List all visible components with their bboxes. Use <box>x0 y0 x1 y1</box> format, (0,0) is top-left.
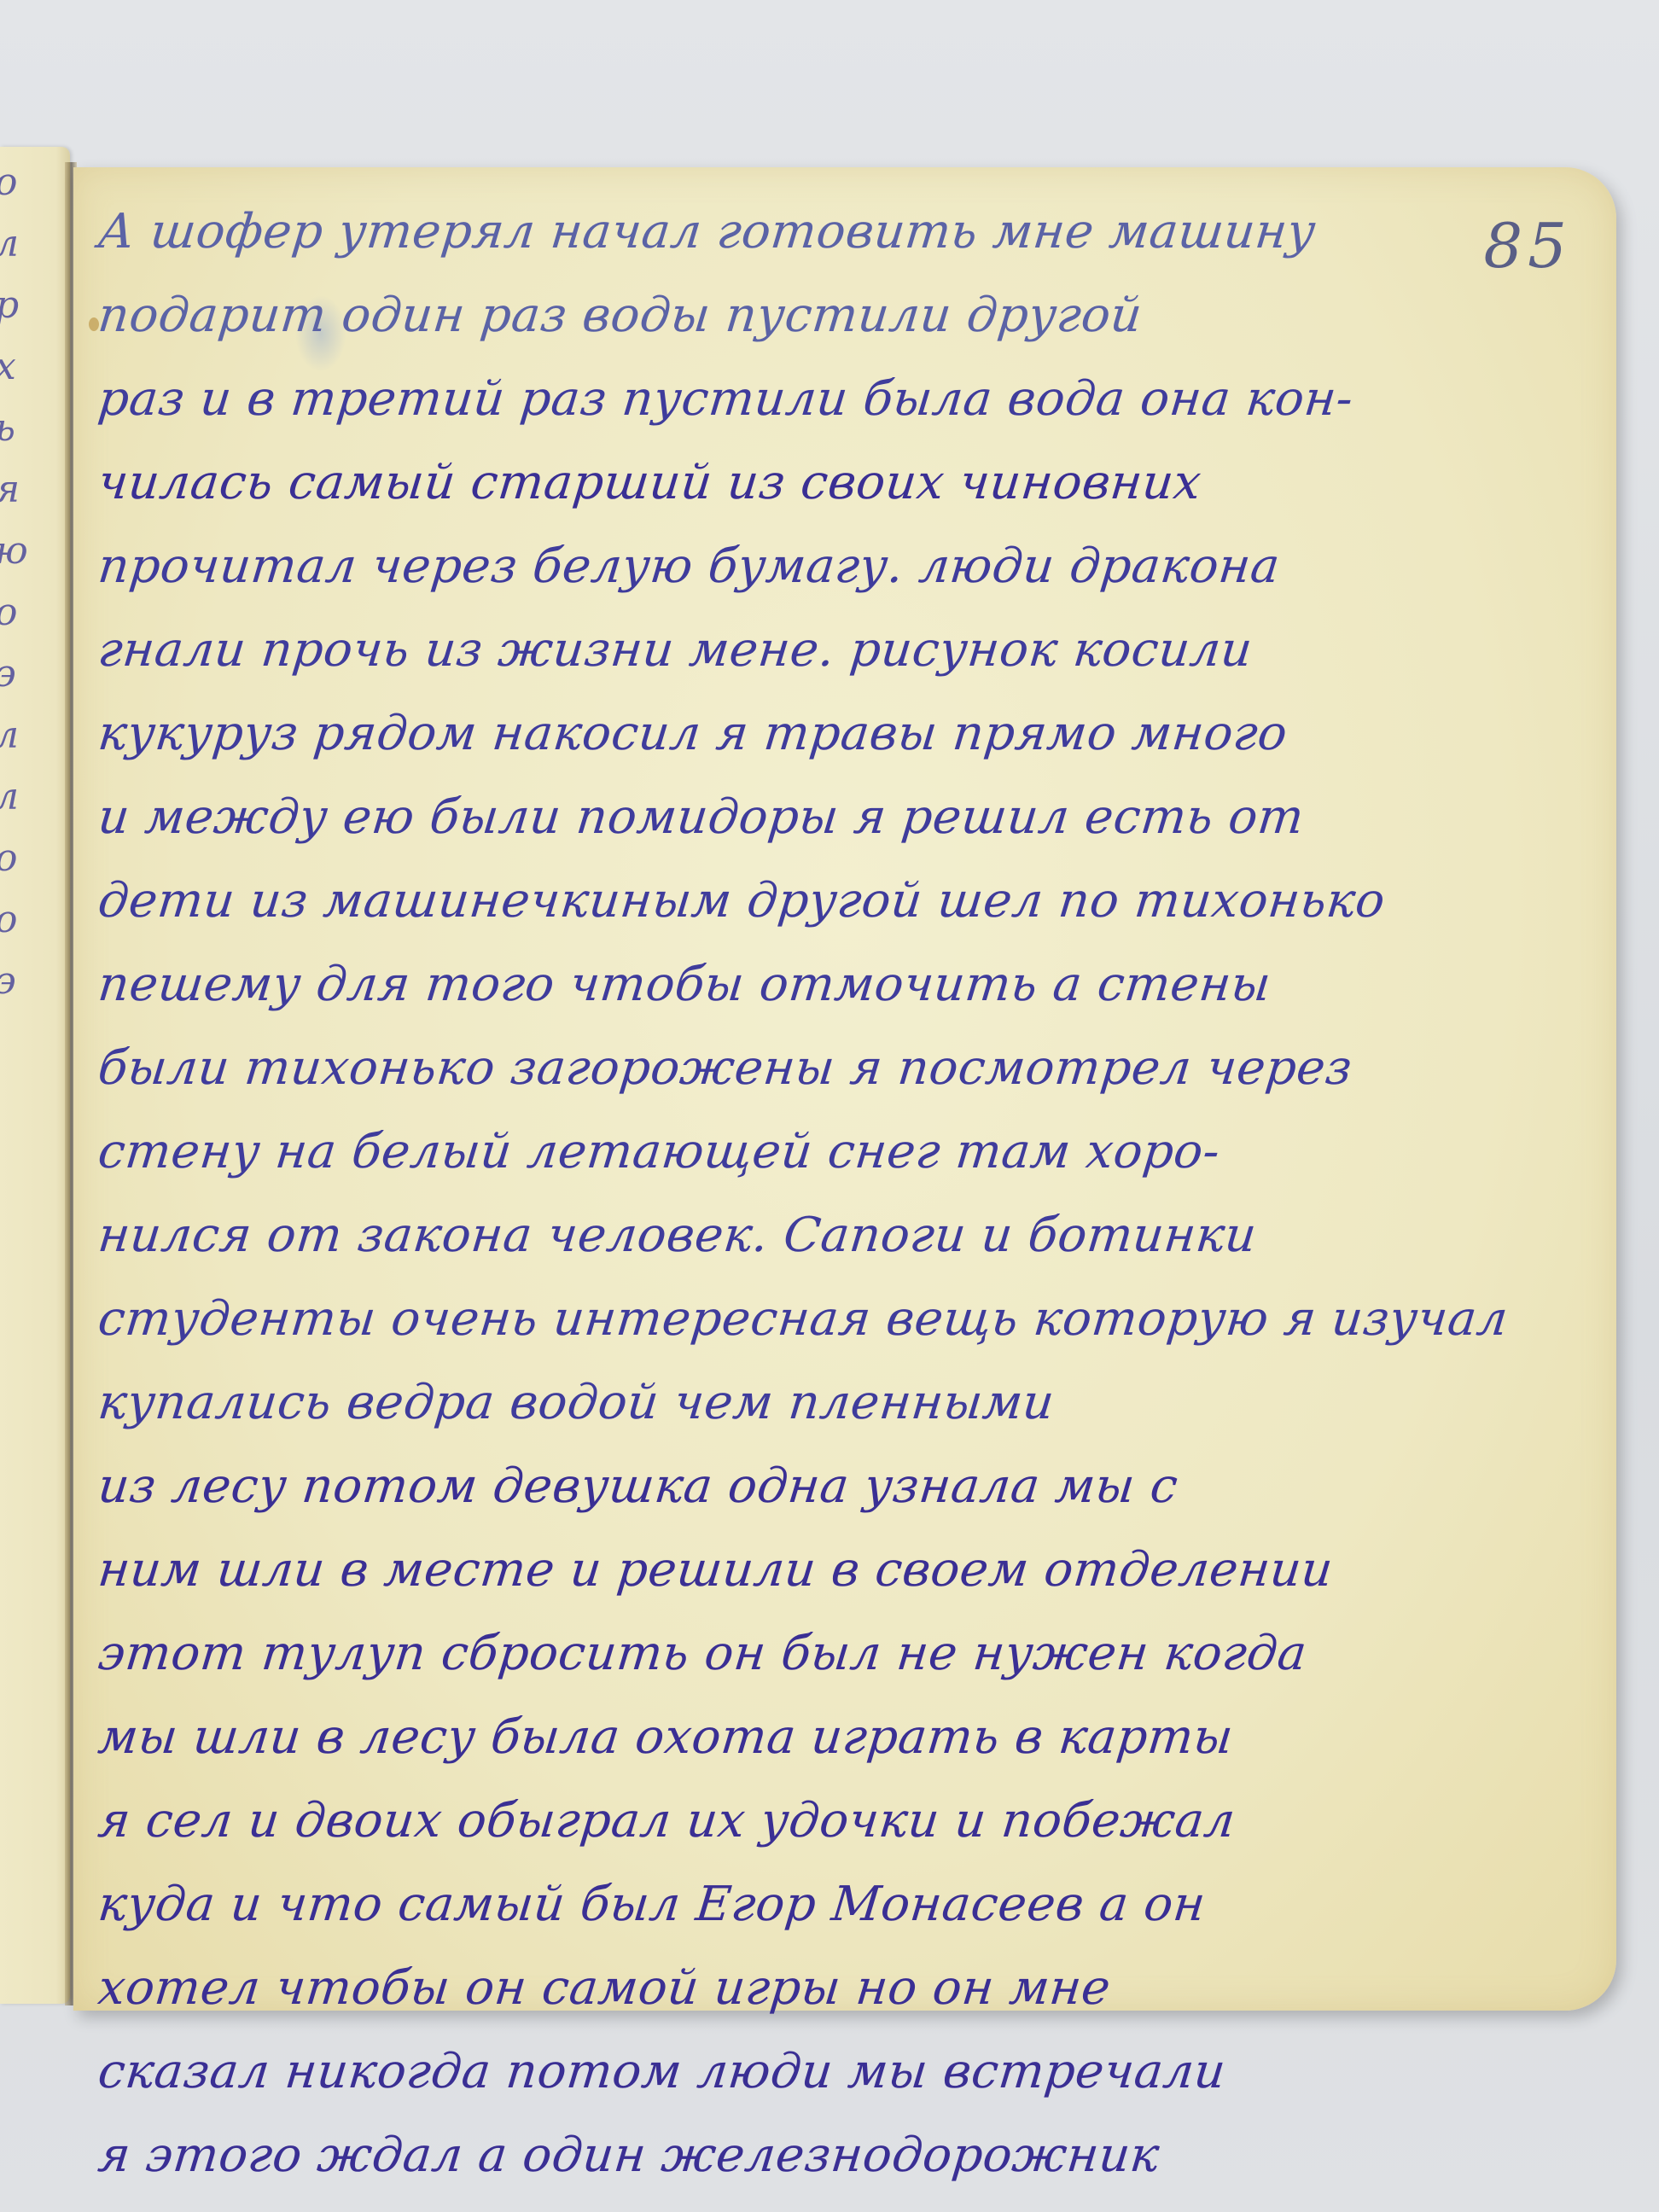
previous-page-glyph: э <box>0 655 60 693</box>
text-line: куда и что самый был Егор Монасеев а он <box>95 1857 1527 1941</box>
previous-page-glyph: х <box>0 348 60 386</box>
text-line: подарит один раз воды пустили другой <box>95 268 1527 352</box>
text-line: из лесу потом девушка одна узнала мы с <box>95 1439 1527 1522</box>
text-line: сказал никогда потом люди мы встречали <box>95 2024 1527 2108</box>
text-line: кукуруз рядом накосил я травы прямо мног… <box>95 686 1527 770</box>
previous-page-glyph: ю <box>0 533 60 570</box>
text-line: купались ведра водой чем пленными <box>95 1355 1527 1439</box>
text-line: чилась самый старший из своих чиновних <box>95 435 1527 519</box>
previous-page-glyph: ь <box>0 410 60 447</box>
text-line: ним шли в месте и решили в своем отделен… <box>95 1522 1527 1606</box>
handwritten-text-block: А шофер утерял начал готовить мне машину… <box>99 184 1522 2192</box>
text-line: прочитал через белую бумагу. люди дракон… <box>95 519 1527 602</box>
text-line: я сел и двоих обыграл их удочки и побежа… <box>95 1773 1527 1857</box>
text-line: студенты очень интересная вещь которую я… <box>95 1272 1527 1355</box>
text-line: раз и в третий раз пустили была вода она… <box>95 352 1527 435</box>
previous-page-glyph: о <box>0 164 60 201</box>
text-line: этот тулуп сбросить он был не нужен когд… <box>95 1606 1527 1690</box>
text-line: стену на белый летающей снег там хоро- <box>95 1104 1527 1188</box>
previous-page-glyph: л <box>0 717 60 754</box>
previous-page-text: о л р х ь я ю о э л л о о э <box>0 164 60 1000</box>
previous-page-edge: о л р х ь я ю о э л л о о э <box>0 147 70 2004</box>
text-line: были тихонько загорожены я посмотрел чер… <box>95 1021 1527 1104</box>
text-line: нился от закона человек. Сапоги и ботинк… <box>95 1188 1527 1272</box>
text-line: пешему для того чтобы отмочить а стены <box>95 937 1527 1021</box>
text-line: и между ею были помидоры я решил есть от <box>95 770 1527 853</box>
previous-page-glyph: о <box>0 901 60 939</box>
notebook-page: 85 А шофер утерял начал готовить мне маш… <box>73 167 1616 2011</box>
text-line: хотел чтобы он самой игры но он мне <box>95 1941 1527 2024</box>
previous-page-glyph: э <box>0 963 60 1000</box>
previous-page-glyph: л <box>0 778 60 816</box>
text-line: дети из машинечкиным другой шел по тихон… <box>95 853 1527 937</box>
previous-page-glyph: я <box>0 471 60 509</box>
text-line: мы шли в лесу была охота играть в карты <box>95 1690 1527 1773</box>
text-line: А шофер утерял начал готовить мне машину <box>95 184 1527 268</box>
text-line: я этого ждал а один железнодорожник <box>95 2108 1527 2192</box>
text-line: гнали прочь из жизни мене. рисунок косил… <box>95 602 1527 686</box>
previous-page-glyph: р <box>0 287 60 324</box>
previous-page-glyph: о <box>0 594 60 632</box>
previous-page-glyph: о <box>0 840 60 877</box>
previous-page-glyph: л <box>0 225 60 263</box>
